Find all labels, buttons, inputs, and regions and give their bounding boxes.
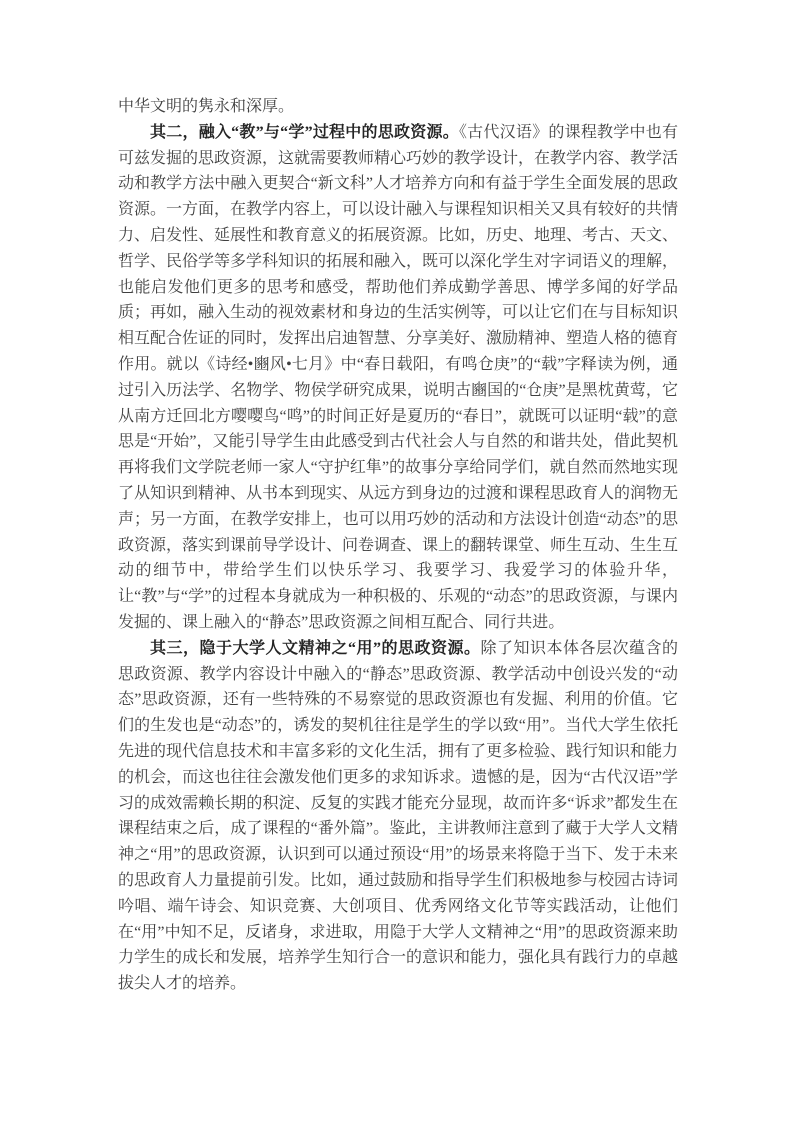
paragraph-section-three: 其三，隐于大学人文精神之“用”的思政资源。除了知识本体各层次蕴含的思政资源、教学… xyxy=(118,636,678,997)
paragraph-section-three-heading: 其三，隐于大学人文精神之“用”的思政资源。 xyxy=(150,640,480,657)
document-text-block: 中华文明的隽永和深厚。 其二，融入“教”与“学”过程中的思政资源。《古代汉语》的… xyxy=(118,94,678,997)
paragraph-continuation: 中华文明的隽永和深厚。 xyxy=(118,94,678,120)
paragraph-section-two: 其二，融入“教”与“学”过程中的思政资源。《古代汉语》的课程教学中也有可兹发掘的… xyxy=(118,120,678,636)
document-page: 中华文明的隽永和深厚。 其二，融入“教”与“学”过程中的思政资源。《古代汉语》的… xyxy=(0,0,794,1123)
paragraph-continuation-text: 中华文明的隽永和深厚。 xyxy=(118,98,294,115)
paragraph-section-two-text: 《古代汉语》的课程教学中也有可兹发掘的思政资源，这就需要教师精心巧妙的教学设计，… xyxy=(118,124,678,631)
paragraph-section-three-text: 除了知识本体各层次蕴含的思政资源、教学内容设计中融入的“静态”思政资源、教学活动… xyxy=(118,640,678,992)
paragraph-section-two-heading: 其二，融入“教”与“学”过程中的思政资源。 xyxy=(150,124,459,141)
